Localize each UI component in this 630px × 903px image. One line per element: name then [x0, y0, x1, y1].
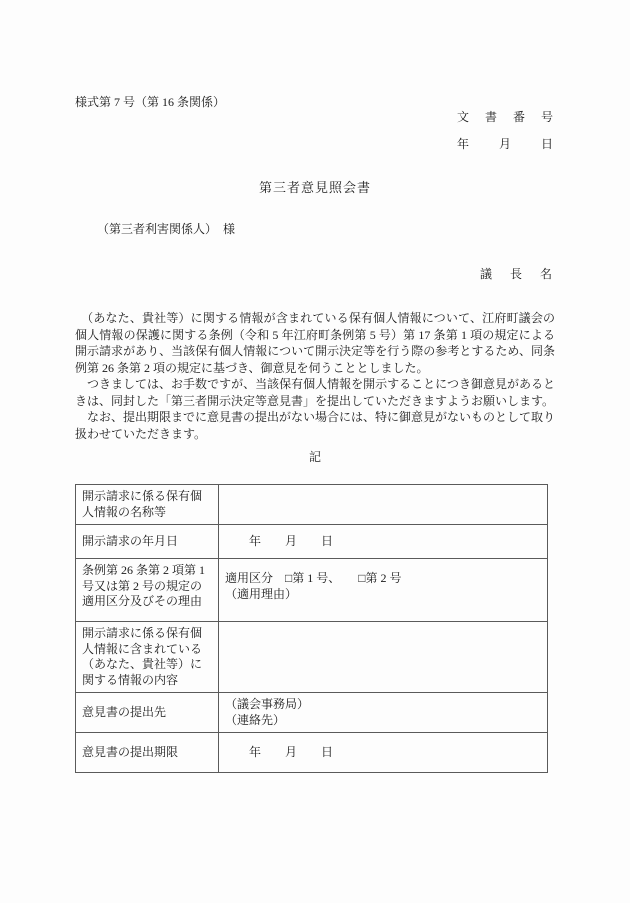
- form-table: 開示請求に係る保有個人情報の名称等 開示請求の年月日 年 月 日 条例第 26 …: [75, 484, 548, 773]
- contact-label: （連絡先）: [225, 713, 541, 729]
- row-value: 年 月 日: [219, 733, 548, 773]
- reason-label: （適用理由）: [225, 587, 541, 603]
- row-label: 意見書の提出先: [76, 693, 219, 733]
- addressee: （第三者利害関係人） 様: [75, 222, 555, 237]
- date-line: 年 月 日: [75, 137, 555, 152]
- paragraph-1: （あなた、貴社等）に関する情報が含まれている保有個人情報について、江府町議会の個…: [75, 310, 555, 376]
- document-page: 様式第 7 号（第 16 条関係） 文 書 番 号 年 月 日 第三者意見照会書…: [0, 0, 630, 903]
- body-text: （あなた、貴社等）に関する情報が含まれている保有個人情報について、江府町議会の個…: [75, 310, 555, 442]
- row-label: 意見書の提出期限: [76, 733, 219, 773]
- page-title: 第三者意見照会書: [75, 180, 555, 195]
- date-placeholder: 年 月 日: [249, 745, 541, 761]
- doc-number-line: 文 書 番 号: [75, 110, 555, 125]
- row-label: 開示請求に係る保有個人情報に含まれている（あなた、貴社等）に関する情報の内容: [76, 622, 219, 693]
- table-row-request-date: 開示請求の年月日 年 月 日: [76, 525, 548, 559]
- row-label: 開示請求の年月日: [76, 525, 219, 559]
- row-value: （議会事務局） （連絡先）: [219, 693, 548, 733]
- category-checkboxes: 適用区分 □第 1 号、 □第 2 号: [225, 571, 541, 587]
- row-label: 開示請求に係る保有個人情報の名称等: [76, 485, 219, 525]
- row-value: [219, 622, 548, 693]
- table-row-submission-deadline: 意見書の提出期限 年 月 日: [76, 733, 548, 773]
- date-placeholder: 年 月 日: [249, 534, 541, 550]
- row-label: 条例第 26 条第 2 項第 1 号又は第 2 号の規定の適用区分及びその理由: [76, 559, 219, 622]
- table-row-applicable-category: 条例第 26 条第 2 項第 1 号又は第 2 号の規定の適用区分及びその理由 …: [76, 559, 548, 622]
- sender-title: 議 長 名: [75, 267, 555, 282]
- paragraph-3: なお、提出期限までに意見書の提出がない場合には、特に御意見がないものとして取り扱…: [75, 409, 555, 442]
- table-row-info-content: 開示請求に係る保有個人情報に含まれている（あなた、貴社等）に関する情報の内容: [76, 622, 548, 693]
- form-number: 様式第 7 号（第 16 条関係）: [75, 95, 555, 110]
- row-value: 適用区分 □第 1 号、 □第 2 号 （適用理由）: [219, 559, 548, 622]
- paragraph-2: つきましては、お手数ですが、当該保有個人情報を開示することにつき御意見があるとき…: [75, 376, 555, 409]
- table-row-submission-destination: 意見書の提出先 （議会事務局） （連絡先）: [76, 693, 548, 733]
- row-value: [219, 485, 548, 525]
- record-marker: 記: [75, 450, 555, 465]
- table-row-name-of-personal-info: 開示請求に係る保有個人情報の名称等: [76, 485, 548, 525]
- row-value: 年 月 日: [219, 525, 548, 559]
- office-label: （議会事務局）: [225, 697, 541, 713]
